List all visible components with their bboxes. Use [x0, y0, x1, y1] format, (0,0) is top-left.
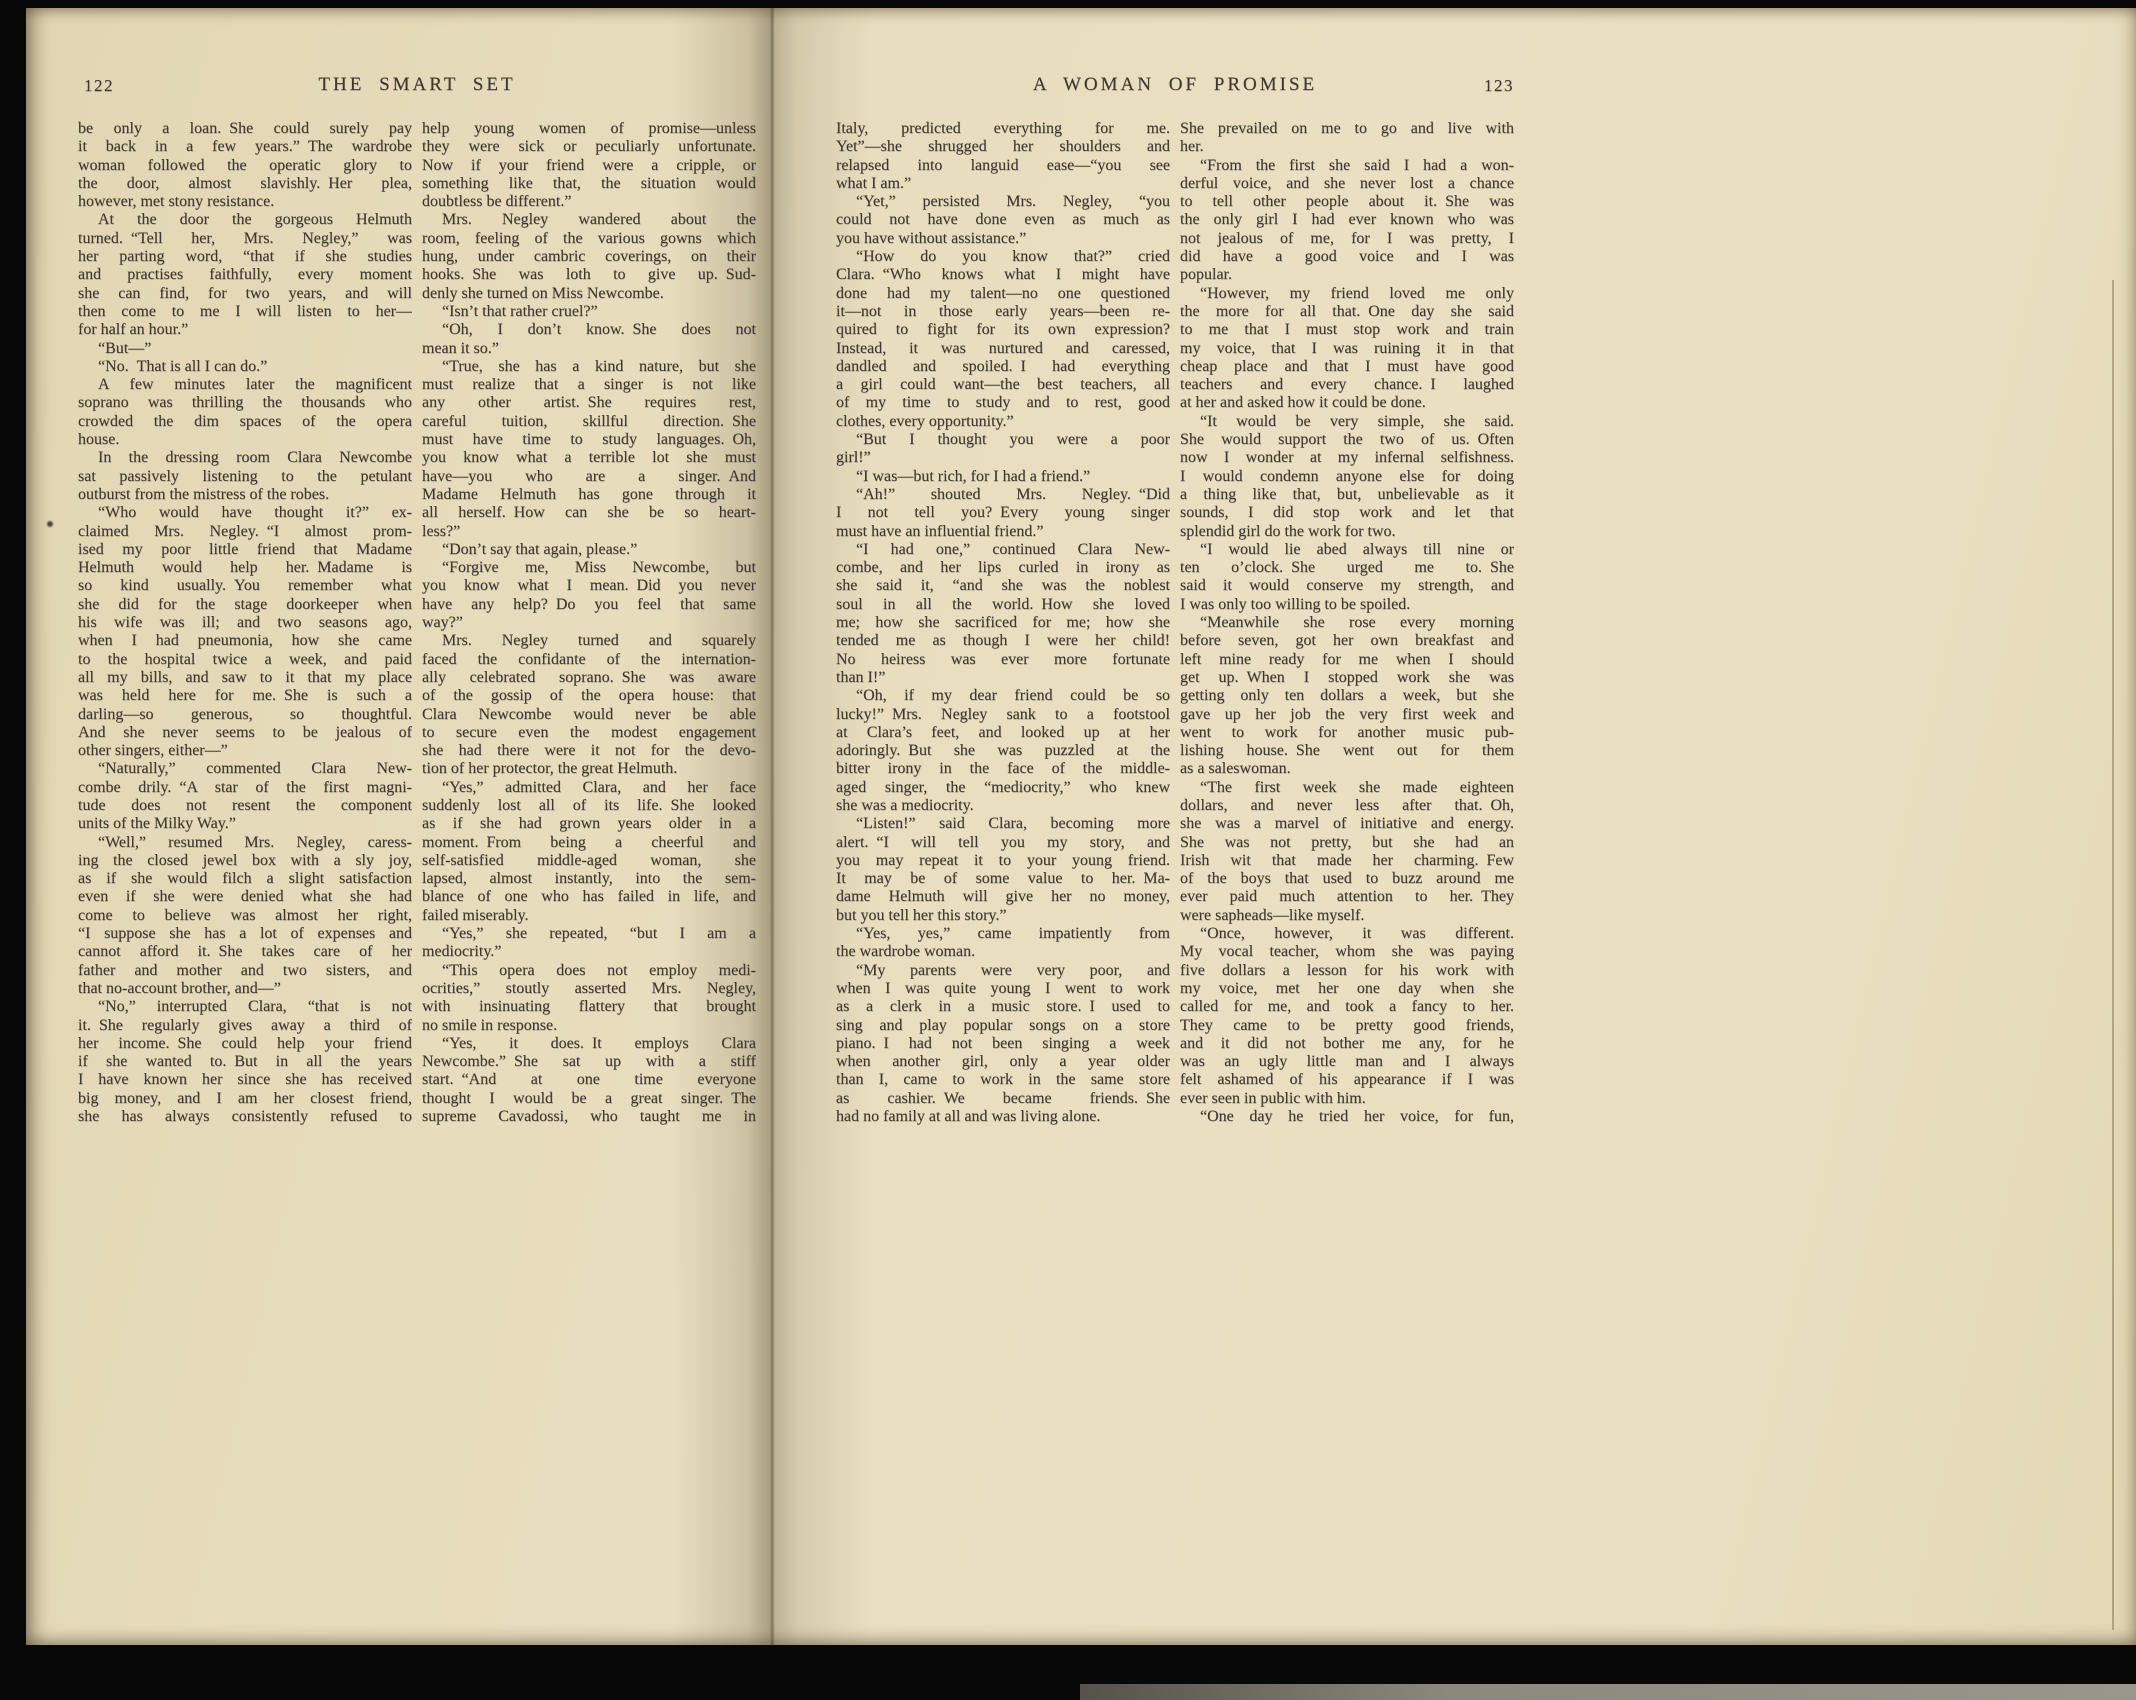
text-line: darling—so generous, so thoughtful.: [78, 706, 412, 724]
text-line: house.: [78, 431, 412, 449]
text-line: it—not in those early years—been re-: [836, 303, 1170, 321]
text-line: then come to me I will listen to her—: [78, 303, 412, 321]
text-line: Newcombe.” She sat up with a stiff: [422, 1053, 756, 1071]
text-line: outburst from the mistress of the robes.: [78, 486, 412, 504]
text-line: as cashier. We became friends. She: [836, 1090, 1170, 1108]
text-line: you have without assistance.”: [836, 230, 1170, 248]
text-line: as a clerk in a music store. I used to: [836, 998, 1170, 1016]
text-line: felt ashamed of his appearance if I was: [1180, 1071, 1514, 1089]
text-line: turned. “Tell her, Mrs. Negley,” was: [78, 230, 412, 248]
text-line: that no-account brother, and—”: [78, 980, 412, 998]
text-line: Now if your friend were a cripple, or: [422, 157, 756, 175]
text-line: aged singer, the “mediocrity,” who knew: [836, 779, 1170, 797]
text-line: soul in all the world. How she loved: [836, 596, 1170, 614]
text-line: ing the closed jewel box with a sly joy,: [78, 852, 412, 870]
text-line: “This opera does not employ medi-: [422, 962, 756, 980]
text-line: “Oh, I don’t know. She does not: [422, 321, 756, 339]
text-line: of the boys that used to buzz around me: [1180, 870, 1514, 888]
text-line: other singers, either—”: [78, 742, 412, 760]
text-line: start. “And at one time everyone: [422, 1071, 756, 1089]
text-line: “However, my friend loved me only: [1180, 285, 1514, 303]
text-line: “Yes, yes,” came impatiently from: [836, 925, 1170, 943]
text-line: called for me, and took a fancy to her.: [1180, 998, 1514, 1016]
text-line: A few minutes later the magnificent: [78, 376, 412, 394]
text-line: doubtless be different.”: [422, 193, 756, 211]
text-line: however, met stony resistance.: [78, 193, 412, 211]
text-line: the door, almost slavishly. Her plea,: [78, 175, 412, 193]
text-line: faced the confidante of the internation-: [422, 651, 756, 669]
text-line: Mrs. Negley wandered about the: [422, 211, 756, 229]
text-line: her income. She could help your friend: [78, 1035, 412, 1053]
text-line: units of the Milky Way.”: [78, 815, 412, 833]
text-line: she had there were it not for the devo-: [422, 742, 756, 760]
text-column-4: She prevailed on me to go and live withh…: [1180, 120, 1514, 1126]
text-line: “Forgive me, Miss Newcombe, but: [422, 559, 756, 577]
text-line: “But I thought you were a poor: [836, 431, 1170, 449]
text-line: “Once, however, it was different.: [1180, 925, 1514, 943]
text-line: “From the first she said I had a won-: [1180, 157, 1514, 175]
text-line: relapsed into languid ease—“you see: [836, 157, 1170, 175]
text-line: it back in a few years.” The wardrobe: [78, 138, 412, 156]
text-line: ally celebrated soprano. She was aware: [422, 669, 756, 687]
text-line: now I wonder at my infernal selfishness.: [1180, 449, 1514, 467]
text-line: No heiress was ever more fortunate: [836, 651, 1170, 669]
text-line: you know what I mean. Did you never: [422, 577, 756, 595]
text-line: combe drily. “A star of the first magni-: [78, 779, 412, 797]
text-line: teachers and every chance. I laughed: [1180, 376, 1514, 394]
text-line: Helmuth would help her. Madame is: [78, 559, 412, 577]
text-line: hooks. She was loth to give up. Sud-: [422, 266, 756, 284]
text-line: me; how she sacrificed for me; how she: [836, 614, 1170, 632]
text-line: hung, under cambric coverings, on their: [422, 248, 756, 266]
text-column-3: Italy, predicted everything for me.Yet”—…: [836, 120, 1170, 1126]
text-line: “Yes,” she repeated, “but I am a: [422, 925, 756, 943]
text-line: piano. I had not been singing a week: [836, 1035, 1170, 1053]
text-line: quired to fight for its own expression?: [836, 321, 1170, 339]
text-line: if she wanted to. But in all the years: [78, 1053, 412, 1071]
text-line: She would support the two of us. Often: [1180, 431, 1514, 449]
text-line: they were sick or peculiarly unfortunate…: [422, 138, 756, 156]
text-line: “How do you know that?” cried: [836, 248, 1170, 266]
text-line: Clara. “Who knows what I might have: [836, 266, 1170, 284]
text-line: I would condemn anyone else for doing: [1180, 468, 1514, 486]
text-line: “Don’t say that again, please.”: [422, 541, 756, 559]
text-line: woman followed the operatic glory to: [78, 157, 412, 175]
text-line: as if she had grown years older in a: [422, 815, 756, 833]
text-line: she can find, for two years, and will: [78, 285, 412, 303]
text-line: all herself. How can she be so heart-: [422, 504, 756, 522]
text-line: done had my talent—no one questioned: [836, 285, 1170, 303]
text-line: “No,” interrupted Clara, “that is not: [78, 998, 412, 1016]
text-line: not jealous of me, for I was pretty, I: [1180, 230, 1514, 248]
text-line: “I had one,” continued Clara New-: [836, 541, 1170, 559]
text-line: Irish wit that made her charming. Few: [1180, 852, 1514, 870]
text-line: left mine ready for me when I should: [1180, 651, 1514, 669]
text-line: lapsed, almost instantly, into the sem-: [422, 870, 756, 888]
text-line: lishing house. She went out for them: [1180, 742, 1514, 760]
text-line: mediocrity.”: [422, 943, 756, 961]
text-line: dollars, and never less after that. Oh,: [1180, 797, 1514, 815]
text-line: she did for the stage doorkeeper when: [78, 596, 412, 614]
text-line: ever seen in public with him.: [1180, 1090, 1514, 1108]
text-line: “Ah!” shouted Mrs. Negley. “Did: [836, 486, 1170, 504]
text-line: “Naturally,” commented Clara New-: [78, 760, 412, 778]
text-line: lucky!” Mrs. Negley sank to a footstool: [836, 706, 1170, 724]
text-line: with insinuating flattery that brought: [422, 998, 756, 1016]
text-line: I have known her since she has received: [78, 1071, 412, 1089]
text-line: “Yes,” admitted Clara, and her face: [422, 779, 756, 797]
text-line: her.: [1180, 138, 1514, 156]
text-line: Clara Newcombe would never be able: [422, 706, 756, 724]
text-line: “The first week she made eighteen: [1180, 779, 1514, 797]
running-head-right: A WOMAN OF PROMISE: [836, 74, 1514, 96]
text-line: “True, she has a kind nature, but she: [422, 358, 756, 376]
text-line: you may repeat it to your young friend.: [836, 852, 1170, 870]
text-line: get up. When I stopped work she was: [1180, 669, 1514, 687]
text-line: to the hospital twice a week, and paid: [78, 651, 412, 669]
text-column-2: help young women of promise—unlessthey w…: [422, 120, 756, 1126]
text-line: splendid girl do the work for two.: [1180, 523, 1514, 541]
book-page-block-edge: [1080, 1684, 2136, 1700]
text-line: She was not pretty, but she had an: [1180, 834, 1514, 852]
text-line: was held here for me. She is such a: [78, 687, 412, 705]
text-line: the more for all that. One day she said: [1180, 303, 1514, 321]
text-line: denly she turned on Miss Newcombe.: [422, 285, 756, 303]
text-line: I not tell you? Every young singer: [836, 504, 1170, 522]
text-line: It may be of some value to her. Ma-: [836, 870, 1170, 888]
text-line: claimed Mrs. Negley. “I almost prom-: [78, 523, 412, 541]
text-line: were sapheads—like myself.: [1180, 907, 1514, 925]
text-line: have—you who are a singer. And: [422, 468, 756, 486]
text-line: to tell other people about it. She was: [1180, 193, 1514, 211]
text-line: supreme Cavadossi, who taught me in: [422, 1108, 756, 1126]
text-line: In the dressing room Clara Newcombe: [78, 449, 412, 467]
text-line: a thing like that, but, unbelievable as …: [1180, 486, 1514, 504]
text-line: it. She regularly gives away a third of: [78, 1017, 412, 1035]
text-line: “Yes, it does. It employs Clara: [422, 1035, 756, 1053]
scanned-book-spread: 122 THE SMART SET A WOMAN OF PROMISE 123…: [0, 0, 2136, 1700]
text-line: a girl could want—the best teachers, all: [836, 376, 1170, 394]
text-line: sat passively listening to the petulant: [78, 468, 412, 486]
text-line: all my bills, and saw to it that my plac…: [78, 669, 412, 687]
text-line: less?”: [422, 523, 756, 541]
text-line: Madame Helmuth has gone through it: [422, 486, 756, 504]
text-line: before seven, got her own breakfast and: [1180, 632, 1514, 650]
text-line: alert. “I will tell you my story, and: [836, 834, 1170, 852]
text-line: be only a loan. She could surely pay: [78, 120, 412, 138]
text-line: said it would conserve my strength, and: [1180, 577, 1514, 595]
text-line: They came to be pretty good friends,: [1180, 1017, 1514, 1035]
text-line: but you tell her this story.”: [836, 907, 1170, 925]
text-line: and practises faithfully, every moment: [78, 266, 412, 284]
text-line: gave up her job the very first week and: [1180, 706, 1514, 724]
scan-border-top: [0, 0, 2136, 8]
text-line: sing and play popular songs on a store: [836, 1017, 1170, 1035]
text-line: when I had pneumonia, how she came: [78, 632, 412, 650]
running-head-left: THE SMART SET: [78, 74, 756, 96]
text-line: father and mother and two sisters, and: [78, 962, 412, 980]
text-line: when I was quite young I went to work: [836, 980, 1170, 998]
text-line: dandled and spoiled. I had everything: [836, 358, 1170, 376]
text-line: to me that I must stop work and train: [1180, 321, 1514, 339]
text-line: than I!”: [836, 669, 1170, 687]
text-line: the wardrobe woman.: [836, 943, 1170, 961]
text-line: getting only ten dollars a week, but she: [1180, 687, 1514, 705]
text-line: ised my poor little friend that Madame: [78, 541, 412, 559]
text-line: no smile in response.: [422, 1017, 756, 1035]
text-line: At the door the gorgeous Helmuth: [78, 211, 412, 229]
text-line: mean it so.”: [422, 340, 756, 358]
text-line: self-satisfied middle-aged woman, she: [422, 852, 756, 870]
text-line: “I would lie abed always till nine or: [1180, 541, 1514, 559]
text-line: “No. That is all I can do.”: [78, 358, 412, 376]
text-line: than I, came to work in the same store: [836, 1071, 1170, 1089]
text-line: Yet”—she shrugged her shoulders and: [836, 138, 1170, 156]
text-line: she was a mediocrity.: [836, 797, 1170, 815]
text-line: at her and asked how it could be done.: [1180, 394, 1514, 412]
text-line: “I was—but rich, for I had a friend.”: [836, 468, 1170, 486]
text-line: any other artist. She requires rest,: [422, 394, 756, 412]
text-line: Mrs. Negley turned and squarely: [422, 632, 756, 650]
text-line: blance of one who has failed in life, an…: [422, 888, 756, 906]
text-line: even if she were denied what she had: [78, 888, 412, 906]
page-edge-line: [2112, 280, 2114, 1630]
text-line: and it did not bother me any, for he: [1180, 1035, 1514, 1053]
text-line: Italy, predicted everything for me.: [836, 120, 1170, 138]
text-line: help young women of promise—unless: [422, 120, 756, 138]
text-line: careful tuition, skillful direction. She: [422, 413, 756, 431]
text-line: ten o’clock. She urged me to. She: [1180, 559, 1514, 577]
text-line: her parting word, “that if she studies: [78, 248, 412, 266]
text-line: My vocal teacher, whom she was paying: [1180, 943, 1514, 961]
ink-speck: [46, 520, 54, 528]
text-line: clothes, every opportunity.”: [836, 413, 1170, 431]
text-line: “Who would have thought it?” ex-: [78, 504, 412, 522]
text-line: “My parents were very poor, and: [836, 962, 1170, 980]
text-line: combe, and her lips curled in irony as: [836, 559, 1170, 577]
text-line: dame Helmuth will give her no money,: [836, 888, 1170, 906]
text-line: what I am.”: [836, 175, 1170, 193]
text-line: And she never seems to be jealous of: [78, 724, 412, 742]
text-line: bitter irony in the face of the middle-: [836, 760, 1170, 778]
text-line: way?”: [422, 614, 756, 632]
text-line: suddenly lost all of its life. She looke…: [422, 797, 756, 815]
text-line: of the gossip of the opera house: that: [422, 687, 756, 705]
text-line: of my time to study and to rest, good: [836, 394, 1170, 412]
text-line: tended me as though I were her child!: [836, 632, 1170, 650]
text-line: “Well,” resumed Mrs. Negley, caress-: [78, 834, 412, 852]
text-line: ever paid much attention to her. They: [1180, 888, 1514, 906]
text-line: must have time to study languages. Oh,: [422, 431, 756, 449]
text-line: something like that, the situation would: [422, 175, 756, 193]
text-line: “It would be very simple, she said.: [1180, 413, 1514, 431]
text-line: for half an hour.”: [78, 321, 412, 339]
text-line: come to believe was almost her right,: [78, 907, 412, 925]
text-line: must have an influential friend.”: [836, 523, 1170, 541]
text-line: my voice, met her one day when she: [1180, 980, 1514, 998]
text-line: she said it, “and she was the noblest: [836, 577, 1170, 595]
text-line: was an ugly little man and I always: [1180, 1053, 1514, 1071]
text-line: “Oh, if my dear friend could be so: [836, 687, 1170, 705]
text-line: the only girl I had ever known who was: [1180, 211, 1514, 229]
text-line: adoringly. But she was puzzled at the: [836, 742, 1170, 760]
text-line: tude does not resent the component: [78, 797, 412, 815]
text-line: could not have done even as much as: [836, 211, 1170, 229]
text-line: “Listen!” said Clara, becoming more: [836, 815, 1170, 833]
text-line: when another girl, only a year older: [836, 1053, 1170, 1071]
text-line: sounds, I did stop work and let that: [1180, 504, 1514, 522]
text-line: “Meanwhile she rose every morning: [1180, 614, 1514, 632]
text-line: she was a marvel of initiative and energ…: [1180, 815, 1514, 833]
text-line: cannot afford it. She takes care of her: [78, 943, 412, 961]
scan-border-left: [0, 0, 26, 1700]
text-line: popular.: [1180, 266, 1514, 284]
text-line: “I suppose she has a lot of expenses and: [78, 925, 412, 943]
text-line: went to work for another music pub-: [1180, 724, 1514, 742]
text-line: Instead, it was nurtured and caressed,: [836, 340, 1170, 358]
text-line: thought I would be a great singer. The: [422, 1090, 756, 1108]
text-line: cheap place and that I must have good: [1180, 358, 1514, 376]
text-line: must realize that a singer is not like: [422, 376, 756, 394]
text-line: his wife was ill; and two seasons ago,: [78, 614, 412, 632]
text-line: five dollars a lesson for his work with: [1180, 962, 1514, 980]
text-line: soprano was thrilling the thousands who: [78, 394, 412, 412]
text-line: crowded the dim spaces of the opera: [78, 413, 412, 431]
text-line: She prevailed on me to go and live with: [1180, 120, 1514, 138]
text-column-1: be only a loan. She could surely payit b…: [78, 120, 412, 1126]
text-line: “Isn’t that rather cruel?”: [422, 303, 756, 321]
text-line: had no family at all and was living alon…: [836, 1108, 1170, 1126]
text-line: girl!”: [836, 449, 1170, 467]
page-number-right: 123: [1414, 76, 1514, 96]
text-line: room, feeling of the various gowns which: [422, 230, 756, 248]
text-line: ocrities,” stoutly asserted Mrs. Negley,: [422, 980, 756, 998]
text-line: “Yet,” persisted Mrs. Negley, “you: [836, 193, 1170, 211]
text-line: failed miserably.: [422, 907, 756, 925]
text-line: my voice, that I was ruining it in that: [1180, 340, 1514, 358]
text-line: to secure even the modest engagement: [422, 724, 756, 742]
text-line: did have a good voice and I was: [1180, 248, 1514, 266]
text-line: “One day he tried her voice, for fun,: [1180, 1108, 1514, 1126]
text-line: she has always consistently refused to: [78, 1108, 412, 1126]
text-line: I was only too willing to be spoiled.: [1180, 596, 1514, 614]
text-line: “But—”: [78, 340, 412, 358]
text-line: tion of her protector, the great Helmuth…: [422, 760, 756, 778]
text-line: moment. From being a cheerful and: [422, 834, 756, 852]
text-line: at Clara’s feet, and looked up at her: [836, 724, 1170, 742]
text-line: so kind usually. You remember what: [78, 577, 412, 595]
text-line: as if she would filch a slight satisfact…: [78, 870, 412, 888]
text-line: derful voice, and she never lost a chanc…: [1180, 175, 1514, 193]
text-line: you know what a terrible lot she must: [422, 449, 756, 467]
text-line: as a saleswoman.: [1180, 760, 1514, 778]
text-line: have any help? Do you feel that same: [422, 596, 756, 614]
text-line: big money, and I am her closest friend,: [78, 1090, 412, 1108]
